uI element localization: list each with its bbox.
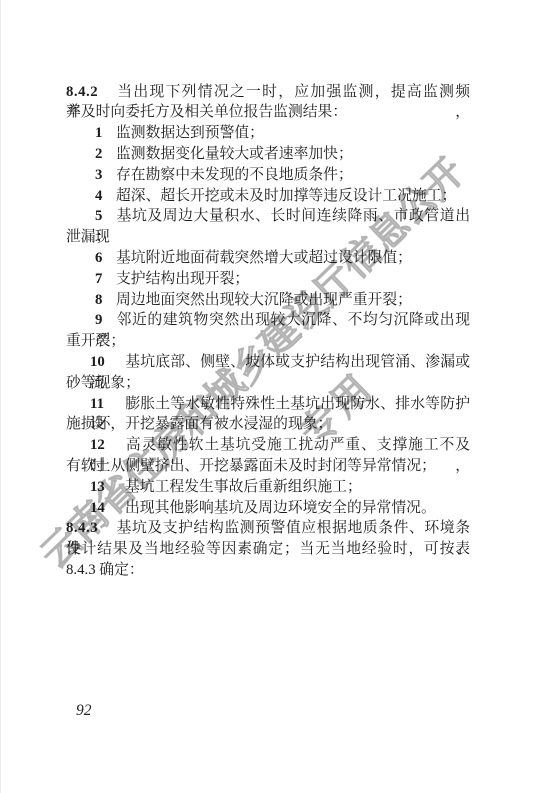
text-line: 4超深、超长开挖或未及时加撑等违反设计工况施工； xyxy=(66,186,470,207)
clause-number: 8.4.2 xyxy=(66,82,116,103)
clause-number: 13 xyxy=(90,477,125,498)
text-line: 8.4.2当出现下列情况之一时，应加强监测，提高监测频率， xyxy=(66,82,470,103)
text-line: 设计结果及当地经验等因素确定；当无当地经验时，可按表 xyxy=(66,539,470,560)
clause-number: 1 xyxy=(95,123,116,144)
text-line: 8.4.3基坑及支护结构监测预警值应根据地质条件、环境条件、 xyxy=(66,518,470,539)
text-line: 3存在勘察中未发现的不良地质条件； xyxy=(66,165,470,186)
text-line: 2监测数据变化量较大或者速率加快； xyxy=(66,144,470,165)
clause-number: 9 xyxy=(95,310,116,331)
text-line: 砂等现象； xyxy=(66,373,470,394)
line-text: 监测数据达到预警值； xyxy=(116,125,264,141)
page-number: 92 xyxy=(76,702,92,720)
line-text: 设计结果及当地经验等因素确定；当无当地经验时，可按表 xyxy=(66,541,470,557)
line-text: 有软土从侧壁挤出、开挖暴露面未及时封闭等异常情况； xyxy=(66,458,436,474)
text-line: 重开裂； xyxy=(66,331,470,352)
text-line: 10基坑底部、侧壁、坡体或支护结构出现管涌、渗漏或流 xyxy=(66,352,470,373)
document-page: 云南省住房和城乡建设厅信息公开 专用 8.4.2当出现下列情况之一时，应加强监测… xyxy=(0,0,536,793)
line-text: 砂等现象； xyxy=(66,375,140,391)
line-text: 8.4.3 确定： xyxy=(66,562,144,578)
line-text: 泄漏； xyxy=(66,229,110,245)
line-text: 基坑工程发生事故后重新组织施工； xyxy=(125,479,362,495)
line-text: 监测数据变化量较大或者速率加快； xyxy=(116,146,353,162)
text-line: 泄漏； xyxy=(66,227,470,248)
clause-number: 2 xyxy=(95,144,116,165)
clause-number: 8.4.3 xyxy=(66,518,116,539)
scan-edge-line xyxy=(0,0,1,793)
line-text: 存在勘察中未发现的不良地质条件； xyxy=(116,167,353,183)
text-lines: 8.4.2当出现下列情况之一时，应加强监测，提高监测频率，并及时向委托方及相关单… xyxy=(66,82,470,581)
text-line: 6基坑附近地面荷载突然增大或超过设计限值； xyxy=(66,248,470,269)
clause-number: 8 xyxy=(95,290,116,311)
text-line: 11膨胀土等水敏性特殊性土基坑出现防水、排水等防护设 xyxy=(66,394,470,415)
text-line: 1监测数据达到预警值； xyxy=(66,123,470,144)
line-text: 超深、超长开挖或未及时加撑等违反设计工况施工； xyxy=(116,188,456,204)
text-line: 8周边地面突然出现较大沉降或出现严重开裂； xyxy=(66,290,470,311)
text-line: 13基坑工程发生事故后重新组织施工； xyxy=(66,477,470,498)
line-text: 并及时向委托方及相关单位报告监测结果： xyxy=(66,104,347,120)
text-line: 14出现其他影响基坑及周边环境安全的异常情况。 xyxy=(66,498,470,519)
line-text: 基坑附近地面荷载突然增大或超过设计限值； xyxy=(116,250,412,266)
clause-number: 11 xyxy=(90,394,125,415)
clause-number: 7 xyxy=(95,269,116,290)
clause-number: 6 xyxy=(95,248,116,269)
clause-number: 5 xyxy=(95,206,116,227)
clause-number: 10 xyxy=(90,352,125,373)
clause-number: 12 xyxy=(90,435,125,456)
text-line: 8.4.3 确定： xyxy=(66,560,470,581)
text-line: 7支护结构出现开裂； xyxy=(66,269,470,290)
clause-number: 14 xyxy=(90,498,125,519)
text-line: 施损坏，开挖暴露面有被水浸湿的现象； xyxy=(66,414,470,435)
line-text: 出现其他影响基坑及周边环境安全的异常情况。 xyxy=(125,500,436,516)
clause-number: 3 xyxy=(95,165,116,186)
clause-number: 4 xyxy=(95,186,116,207)
line-text: 重开裂； xyxy=(66,333,125,349)
text-line: 9邻近的建筑物突然出现较大沉降、不均匀沉降或出现严 xyxy=(66,310,470,331)
line-text: 周边地面突然出现较大沉降或出现严重开裂； xyxy=(116,292,412,308)
line-text: 施损坏，开挖暴露面有被水浸湿的现象； xyxy=(66,416,332,432)
line-text: 支护结构出现开裂； xyxy=(116,271,249,287)
text-line: 5基坑及周边大量积水、长时间连续降雨、市政管道出现 xyxy=(66,206,470,227)
text-line: 有软土从侧壁挤出、开挖暴露面未及时封闭等异常情况； xyxy=(66,456,470,477)
text-line: 12高灵敏性软土基坑受施工扰动严重、支撑施工不及时， xyxy=(66,435,470,456)
